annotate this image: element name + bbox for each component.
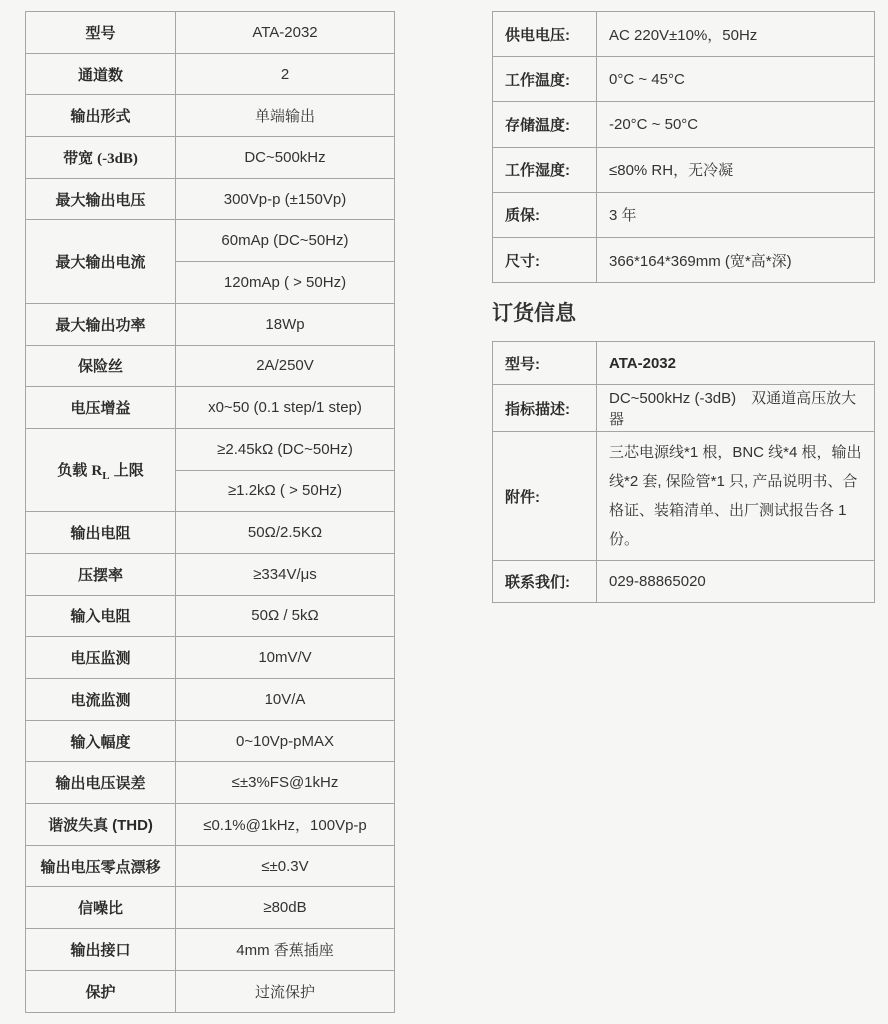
spec-label: 输出形式 [26,95,176,137]
spec-label: 输入幅度 [26,720,176,762]
spec-value: ATA-2032 [176,12,395,54]
right-column: 供电电压: AC 220V±10%，50Hz 工作温度: 0°C ~ 45°C … [492,11,875,603]
spec-value: 4mm 香蕉插座 [176,929,395,971]
spec-label: 谐波失真(THD) [26,804,176,846]
spec-label-post: 上限 [114,462,144,479]
row-output-form: 输出形式 单端输出 [26,95,395,137]
spec-value: 2 [176,53,395,95]
spec-value: 过流保护 [176,970,395,1012]
spec-label: 带宽(-3dB) [26,137,176,179]
spec-label: 保险丝 [26,345,176,387]
spec-value: 2A/250V [176,345,395,387]
spec-value: ≥1.2kΩ ( > 50Hz) [176,470,395,512]
row-fuse: 保险丝 2A/250V [26,345,395,387]
row-dimensions: 尺寸: 366*164*369mm (宽*高*深) [493,237,875,282]
row-order-model: 型号: ATA-2032 [493,342,875,385]
spec-label: 压摆率 [26,553,176,595]
spec-label-zh: 谐波失真 [48,817,108,834]
row-bandwidth: 带宽(-3dB) DC~500kHz [26,137,395,179]
row-protection: 保护 过流保护 [26,970,395,1012]
environment-table: 供电电压: AC 220V±10%，50Hz 工作温度: 0°C ~ 45°C … [492,11,875,283]
row-warranty: 质保: 3 年 [493,192,875,237]
row-output-resistance: 输出电阻 50Ω/2.5KΩ [26,512,395,554]
spec-label-r: RL [91,463,109,479]
spec-value: ≤0.1%@1kHz，100Vp-p [176,804,395,846]
env-value: 366*164*369mm (宽*高*深) [597,237,875,282]
spec-label: 电流监测 [26,679,176,721]
spec-label: 输出电阻 [26,512,176,554]
spec-label: 保护 [26,970,176,1012]
row-contact: 联系我们: 029-88865020 [493,561,875,603]
env-value: ≤80% RH，无冷凝 [597,147,875,192]
spec-value: ≥2.45kΩ (DC~50Hz) [176,428,395,470]
row-storage-temp: 存储温度: -20°C ~ 50°C [493,102,875,147]
spec-value: 18Wp [176,303,395,345]
row-slew-rate: 压摆率 ≥334V/μs [26,553,395,595]
spec-label-zh: 带宽 [63,150,93,167]
ordering-info-title: 订货信息 [492,300,875,328]
spec-label: 最大输出电压 [26,178,176,220]
row-load-rl-limit: 负载 RL 上限 ≥2.45kΩ (DC~50Hz) [26,428,395,470]
spec-label: 最大输出电流 [26,220,176,303]
spec-label-latin: (THD) [112,817,153,834]
spec-label: 电压监测 [26,637,176,679]
row-input-amplitude: 输入幅度 0~10Vp-pMAX [26,720,395,762]
spec-value: 10V/A [176,679,395,721]
env-label: 工作湿度: [493,147,597,192]
spec-label: 负载 RL 上限 [26,428,176,511]
row-operating-temp: 工作温度: 0°C ~ 45°C [493,57,875,102]
row-thd: 谐波失真(THD) ≤0.1%@1kHz，100Vp-p [26,804,395,846]
spec-value: 50Ω/2.5KΩ [176,512,395,554]
env-value: 3 年 [597,192,875,237]
row-supply-voltage: 供电电压: AC 220V±10%，50Hz [493,12,875,57]
row-max-output-voltage: 最大输出电压 300Vp-p (±150Vp) [26,178,395,220]
spec-value: 120mAp ( > 50Hz) [176,262,395,304]
env-label: 工作温度: [493,57,597,102]
order-label: 型号: [493,342,597,385]
row-snr: 信噪比 ≥80dB [26,887,395,929]
env-label: 存储温度: [493,102,597,147]
row-max-output-current: 最大输出电流 60mAp (DC~50Hz) [26,220,395,262]
spec-value: 300Vp-p (±150Vp) [176,178,395,220]
order-value: 三芯电源线*1 根，BNC 线*4 根，输出线*2 套, 保险管*1 只, 产品… [597,432,875,561]
spec-table: 型号 ATA-2032 通道数 2 输出形式 单端输出 带宽(-3dB) DC~… [25,11,395,1013]
env-value: AC 220V±10%，50Hz [597,12,875,57]
row-accessories: 附件: 三芯电源线*1 根，BNC 线*4 根，输出线*2 套, 保险管*1 只… [493,432,875,561]
env-label: 尺寸: [493,237,597,282]
env-value: 0°C ~ 45°C [597,57,875,102]
spec-value: DC~500kHz [176,137,395,179]
spec-value: ≥80dB [176,887,395,929]
row-zero-drift: 输出电压零点漂移 ≤±0.3V [26,845,395,887]
row-max-output-power: 最大输出功率 18Wp [26,303,395,345]
row-input-resistance: 输入电阻 50Ω / 5kΩ [26,595,395,637]
spec-label: 信噪比 [26,887,176,929]
order-value: DC~500kHz (-3dB) 双通道高压放大器 [597,385,875,432]
spec-value: 0~10Vp-pMAX [176,720,395,762]
spec-label-latin: (-3dB) [97,151,138,167]
row-output-connector: 输出接口 4mm 香蕉插座 [26,929,395,971]
spec-value: ≤±3%FS@1kHz [176,762,395,804]
spec-value: 10mV/V [176,637,395,679]
row-spec-description: 指标描述: DC~500kHz (-3dB) 双通道高压放大器 [493,385,875,432]
spec-label: 最大输出功率 [26,303,176,345]
spec-label: 输出电压误差 [26,762,176,804]
env-label: 质保: [493,192,597,237]
spec-label-pre: 负载 [57,462,87,479]
spec-value: ≥334V/μs [176,553,395,595]
spec-label: 电压增益 [26,387,176,429]
row-operating-humidity: 工作湿度: ≤80% RH，无冷凝 [493,147,875,192]
spec-label: 输出接口 [26,929,176,971]
order-label: 指标描述: [493,385,597,432]
spec-value: 50Ω / 5kΩ [176,595,395,637]
order-label: 联系我们: [493,561,597,603]
spec-label: 通道数 [26,53,176,95]
order-value: 029-88865020 [597,561,875,603]
spec-label: 输出电压零点漂移 [26,845,176,887]
spec-value: x0~50 (0.1 step/1 step) [176,387,395,429]
spec-value: ≤±0.3V [176,845,395,887]
row-voltage-gain: 电压增益 x0~50 (0.1 step/1 step) [26,387,395,429]
row-voltage-monitor: 电压监测 10mV/V [26,637,395,679]
spec-value: 60mAp (DC~50Hz) [176,220,395,262]
row-output-voltage-error: 输出电压误差 ≤±3%FS@1kHz [26,762,395,804]
order-label: 附件: [493,432,597,561]
order-table: 型号: ATA-2032 指标描述: DC~500kHz (-3dB) 双通道高… [492,341,875,603]
spec-label: 输入电阻 [26,595,176,637]
spec-label: 型号 [26,12,176,54]
spec-value: 单端输出 [176,95,395,137]
row-channels: 通道数 2 [26,53,395,95]
env-label: 供电电压: [493,12,597,57]
row-model: 型号 ATA-2032 [26,12,395,54]
order-value: ATA-2032 [597,342,875,385]
env-value: -20°C ~ 50°C [597,102,875,147]
row-current-monitor: 电流监测 10V/A [26,679,395,721]
